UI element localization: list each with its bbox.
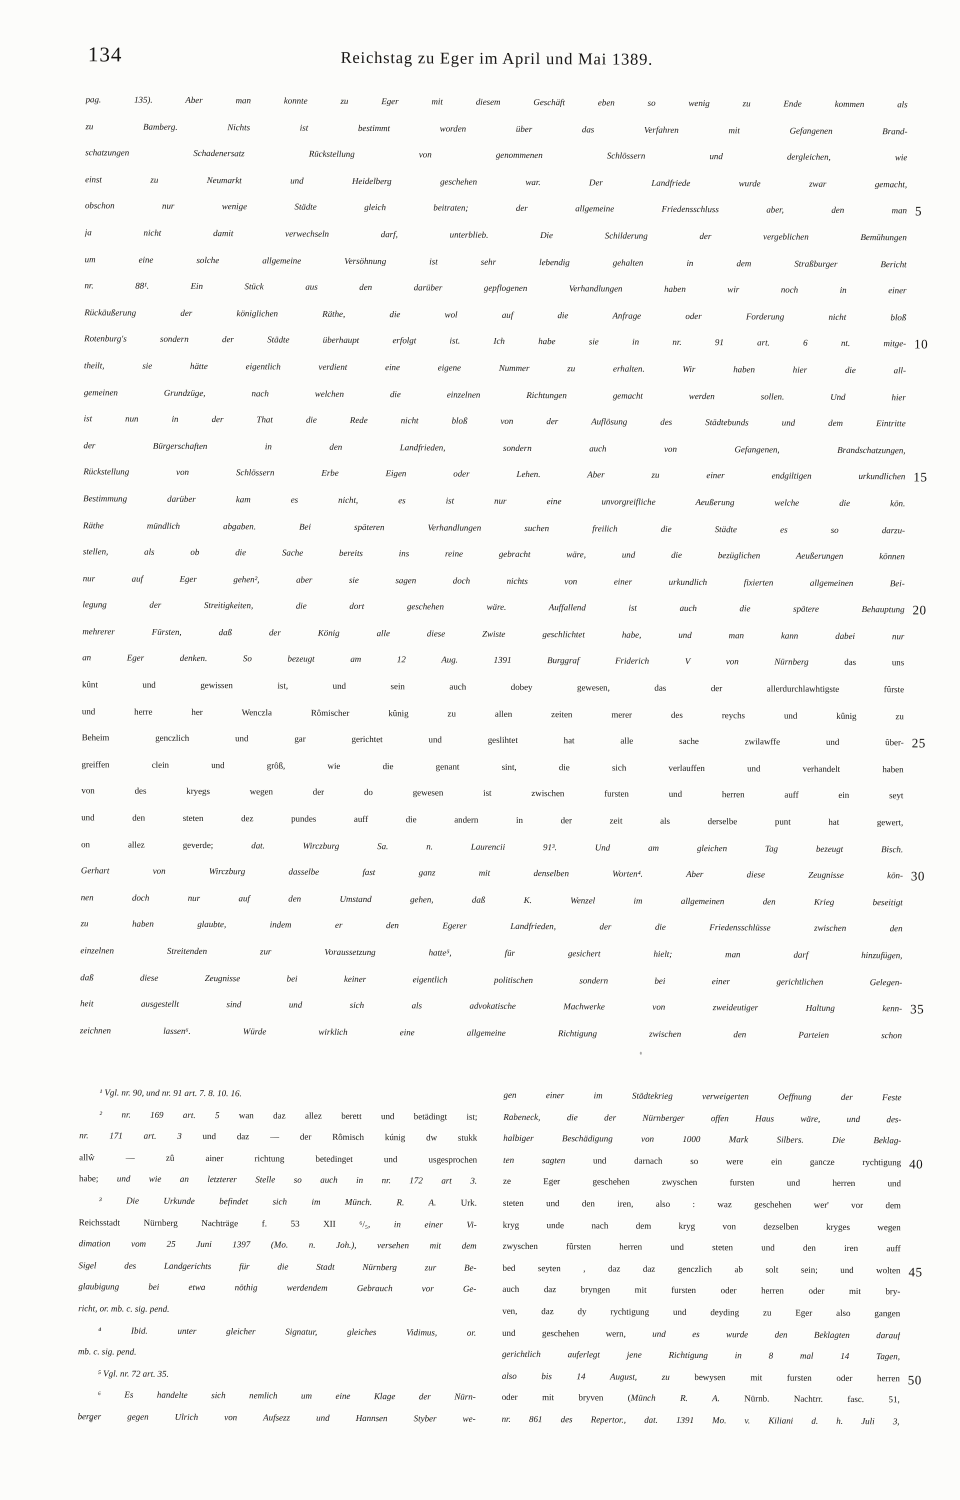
text-line: ⁴ Ibid. unter gleicher Signatur, gleiche… (78, 1320, 476, 1344)
text-segment: in einer Vi- (394, 1219, 477, 1230)
scanned-sheet: 134 Reichstag zu Eger im April und Mai 1… (0, 0, 960, 1500)
text-segment: bed seyten , daz daz genczlich ab solt s… (502, 1263, 900, 1275)
text-segment: dimation vom 25 Juni 1397 (Mo. n. Joh.),… (79, 1238, 477, 1250)
text-line: ² nr. 169 art. 5 wan daz allez berett un… (79, 1104, 477, 1128)
text-segment: und darnach so were ein gancze rychtigun… (593, 1155, 901, 1167)
text-segment: allŵ — zû ainer richtung betedinget und … (79, 1152, 477, 1164)
text-segment: und herre her Wenczla Rômischer kûnig zu… (82, 706, 904, 721)
text-segment: ven, daz dy rychtigung und deyding zu Eg… (502, 1306, 900, 1318)
running-head: Reichstag zu Eger im April und Mai 1389. (86, 46, 908, 71)
line-number: 50 (908, 1372, 922, 1388)
line-number: 20 (912, 603, 926, 619)
body-text: pag. 135). Aber man konnte zu Eger mit d… (80, 86, 908, 1048)
scan-speck (90, 1418, 93, 1422)
text-segment: zwyschen fûrsten herren und steten und d… (503, 1241, 901, 1253)
text-line: halbiger Beschädigung von 1000 Mark Silb… (503, 1128, 901, 1152)
text-segment: ⁵ Vgl. nr. 72 art. 35. (98, 1368, 169, 1378)
text-segment: ¹ Vgl. nr. 90, und nr. 91 art. 7. 8. 10.… (100, 1087, 242, 1098)
text-segment: nr. 88¹. Ein Stück aus den darüber gepfl… (84, 280, 906, 295)
text-segment: ⁴ Ibid. unter gleicher Signatur, gleiche… (98, 1325, 476, 1337)
text-line: richt, or. mb. c. sig. pend. (78, 1298, 476, 1322)
page-header: 134 Reichstag zu Eger im April und Mai 1… (86, 42, 908, 75)
text-segment: schatzungen Schadenersatz Rückstellung v… (85, 147, 907, 162)
text-segment: berger gegen Ulrich von Aufsezz und Hann… (78, 1411, 476, 1423)
text-segment: theilt, sie hätte eigentlich verdient ei… (84, 360, 906, 375)
text-segment: nr. 861 des Repertor., dat. 1391 Mo. v. … (502, 1414, 900, 1426)
text-segment: Urk. (461, 1198, 477, 1208)
text-segment: oder mit bryven ( (502, 1392, 631, 1403)
text-segment: greiffen clein und grôß, wie die genant … (82, 759, 904, 774)
text-line: gerichtlich auferlegt jene Richtigung in… (502, 1344, 900, 1368)
text-segment: Rotenburg's sondern der Städte überhaupt… (84, 334, 906, 349)
text-segment: nen doch nur auf den Umstand gehen, daß … (81, 892, 903, 907)
text-segment: kûnt und gewissen ist, und sein auch dob… (82, 679, 904, 694)
text-segment: nr. 171 art. 3 (79, 1130, 202, 1141)
text-line: nr. 861 des Repertor., dat. 1391 Mo. v. … (502, 1409, 900, 1433)
line-number: 15 (913, 470, 927, 486)
text-line: dimation vom 25 Juni 1397 (Mo. n. Joh.),… (79, 1233, 477, 1257)
line-number: 35 (910, 1002, 924, 1018)
text-segment: der Bürgerschaften in den Landfrieden, s… (83, 440, 905, 455)
text-segment: und den steten dez pundes auff die ander… (81, 812, 903, 827)
line-number: 5 (915, 204, 922, 220)
text-segment: ² nr. 169 art. 5 (99, 1109, 239, 1120)
text-segment: um eine solche allgemeine Versöhnung ist… (85, 254, 907, 269)
text-segment: Reichsstadt Nürnberg Nachträge f. 53 XII… (79, 1217, 394, 1229)
text-segment: ja nicht damit verwechseln darf, unterbl… (85, 227, 907, 242)
text-line: ten sagten und darnach so were ein gancz… (503, 1150, 901, 1174)
text-segment: und daz — der Rômisch kúnig dw stukk (203, 1131, 478, 1143)
text-segment: Münch R. A. (631, 1393, 745, 1404)
text-segment: ist nun in der That die Rede nicht bloß … (84, 413, 906, 428)
text-segment: legung der Streitigkeiten, die dort gesc… (83, 600, 905, 615)
text-line: mb. c. sig. pend. (78, 1341, 476, 1365)
text-line: Reichsstadt Nürnberg Nachträge f. 53 XII… (79, 1212, 477, 1236)
footnotes-right-column: gen einer im Städtekrieg verweigerten Oe… (502, 1085, 902, 1433)
text-segment: von des kryegs wegen der do gewesen ist … (81, 786, 903, 801)
text-segment: pag. 135). Aber man konnte zu Eger mit d… (86, 94, 908, 109)
text-segment: das uns (844, 657, 904, 667)
text-segment: habe; (79, 1174, 117, 1184)
text-segment: zu haben glaubte, indem er den Egerer La… (81, 919, 903, 934)
text-segment: an Eger denken. So bezeugt am 12 Aug. 13… (82, 653, 844, 668)
text-line: Rabeneck, die der Nürnberger offen Haus … (503, 1106, 901, 1130)
text-segment: zu Bamberg. Nichts ist bestimmt worden ü… (85, 121, 907, 136)
text-line: berger gegen Ulrich von Aufsezz und Hann… (78, 1406, 476, 1430)
text-segment: obschon nur wenige Städte gleich beitrat… (85, 201, 907, 216)
text-segment: Bestimmung darüber kam es nicht, es ist … (83, 493, 905, 508)
text-line: zwyschen fûrsten herren und steten und d… (503, 1236, 901, 1260)
text-line: ³ Die Urkunde befindet sich im Münch. R.… (79, 1190, 477, 1214)
text-line: gen einer im Städtekrieg verweigerten Oe… (503, 1085, 901, 1109)
text-segment: richt, or. mb. c. sig. pend. (78, 1303, 169, 1314)
text-segment: also bis 14 August, zu (502, 1371, 695, 1382)
text-segment: zeichnen lassen⁶. Würde wirklich eine al… (80, 1025, 902, 1040)
text-line: zeichnen lassen⁶. Würde wirklich eine al… (80, 1017, 902, 1049)
text-line: nr. 171 art. 3 und daz — der Rômisch kún… (79, 1125, 477, 1149)
text-segment: gerichtlich auferlegt jene Richtigung in… (502, 1349, 900, 1361)
line-number: 45 (908, 1264, 922, 1280)
text-line: ⁶ Es handelte sich nemlich um eine Klage… (78, 1385, 476, 1409)
footnotes: ¹ Vgl. nr. 90, und nr. 91 art. 7. 8. 10.… (78, 1082, 902, 1433)
text-segment: und wie an letzterer Stelle so auch in n… (117, 1174, 477, 1186)
scan-speck (640, 1052, 642, 1055)
text-segment: heit ausgestellt sind und sich als advok… (80, 998, 902, 1013)
text-segment: Rückstellung von Schlössern Erbe Eigen o… (83, 467, 905, 482)
text-line: also bis 14 August, zu bewysen mit furst… (502, 1366, 900, 1390)
text-segment: mehrerer Fürsten, daß der König alle die… (82, 626, 904, 641)
text-line: ⁵ Vgl. nr. 72 art. 35. (78, 1363, 476, 1387)
text-segment: und es wurde den Beklagten darauf (652, 1328, 900, 1340)
text-segment: gemeinen Grundzüge, nach welchen die ein… (84, 387, 906, 402)
text-segment: Gerhart von Wirczburg dasselbe fast ganz… (81, 865, 903, 880)
text-segment: halbiger Beschädigung von 1000 Mark Silb… (503, 1133, 901, 1145)
text-segment: Rabeneck, die der Nürnberger offen Haus … (503, 1111, 901, 1123)
text-segment: steten und den iren, also : waz geschehe… (503, 1198, 901, 1210)
text-segment: kryg unde nach dem kryg von dezselben kr… (503, 1219, 901, 1231)
text-segment: stellen, als ob die Sache bereits ins re… (83, 546, 905, 561)
text-segment: ⁶ Es handelte sich nemlich um eine Klage… (98, 1390, 476, 1402)
text-segment: glaubigung bei etwa nöthig werdendem Geb… (78, 1282, 476, 1294)
text-line: steten und den iren, also : waz geschehe… (503, 1193, 901, 1217)
text-line: ven, daz dy rychtigung und deyding zu Eg… (502, 1301, 900, 1325)
text-line: kryg unde nach dem kryg von dezselben kr… (503, 1214, 901, 1238)
text-segment: Beheim genczlich und gar gerichtet und g… (82, 733, 904, 748)
line-number: 25 (912, 736, 926, 752)
text-line: oder mit bryven (Münch R. A. Nürnb. Nach… (502, 1387, 900, 1411)
line-number: 30 (911, 869, 925, 885)
text-segment: bewysen mit fursten oder herren (694, 1372, 900, 1383)
text-segment: einst zu Neumarkt und Heidelberg gescheh… (85, 174, 907, 189)
text-segment: Nürnb. Nachtrr. fasc. 51, (744, 1394, 899, 1405)
text-line: ¹ Vgl. nr. 90, und nr. 91 art. 7. 8. 10.… (80, 1082, 478, 1106)
text-segment: gen einer im Städtekrieg verweigerten Oe… (504, 1090, 902, 1102)
text-segment: on allez geverde; (81, 839, 251, 850)
text-line: allŵ — zû ainer richtung betedinget und … (79, 1147, 477, 1171)
text-line: ze Eger geschehen zwyschen fursten und h… (503, 1171, 901, 1195)
footnotes-left-column: ¹ Vgl. nr. 90, und nr. 91 art. 7. 8. 10.… (78, 1082, 478, 1430)
text-segment: ten sagten (503, 1155, 593, 1166)
text-segment: wan daz allez berett und betädingt ist; (239, 1110, 478, 1121)
text-segment: einzelnen Streitenden zur Voraussetzung … (80, 945, 902, 960)
text-segment: mb. c. sig. pend. (78, 1346, 136, 1356)
line-number: 40 (909, 1156, 923, 1172)
text-segment: dat. Wirczburg Sa. n. Laurencii 91³. Und… (251, 840, 903, 854)
text-segment: auch daz bryngen mit fursten oder herren… (502, 1284, 900, 1296)
text-line: habe; und wie an letzterer Stelle so auc… (79, 1169, 477, 1193)
text-segment: und geschehen wern, (502, 1327, 652, 1338)
text-segment: ze Eger geschehen zwyschen fursten und h… (503, 1176, 901, 1188)
text-segment: daß diese Zeugnisse bei keiner eigentlic… (80, 972, 902, 987)
text-segment: Sigel des Landgerichts für die Stadt Nür… (78, 1260, 476, 1272)
text-line: und geschehen wern, und es wurde den Bek… (502, 1322, 900, 1346)
text-segment: ³ Die Urkunde befindet sich im Münch. R.… (99, 1195, 461, 1207)
text-segment: nur auf Eger gehen², aber sie sagen doch… (83, 573, 905, 588)
text-line: Sigel des Landgerichts für die Stadt Nür… (78, 1255, 476, 1279)
text-segment: Rückäußerung der königlichen Räthe, die … (84, 307, 906, 322)
book-page: 134 Reichstag zu Eger im April und Mai 1… (0, 0, 960, 1500)
text-segment: Räthe mündlich abgaben. Bei späteren Ver… (83, 520, 905, 535)
text-line: glaubigung bei etwa nöthig werdendem Geb… (78, 1277, 476, 1301)
line-number: 10 (914, 337, 928, 353)
text-line: auch daz bryngen mit fursten oder herren… (502, 1279, 900, 1303)
text-line: bed seyten , daz daz genczlich ab solt s… (502, 1258, 900, 1282)
